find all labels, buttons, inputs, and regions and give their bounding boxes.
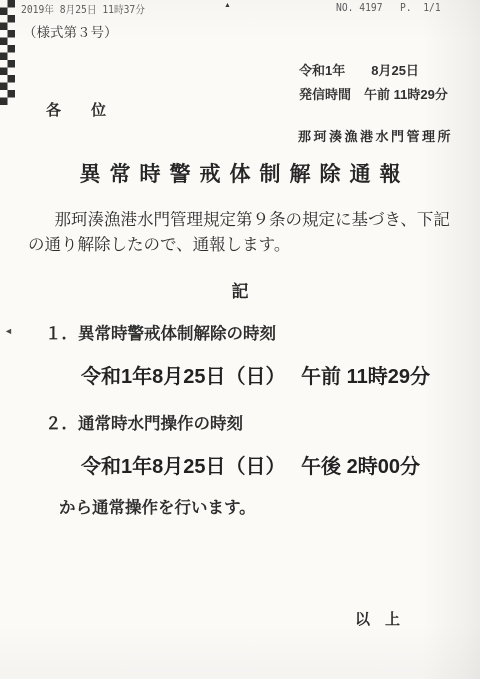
sign-off: 以 上 (355, 608, 400, 629)
scan-artifact-left-mark: ◄ (4, 326, 13, 336)
scan-artifact-triangle-mark: ▲ (224, 2, 231, 9)
item-1-label: １．異常時警戒体制解除の時刻 (45, 320, 276, 344)
body-paragraph: 那珂湊漁港水門管理規定第９条の規定に基づき、下記の通り解除したので、通報します。 (28, 208, 458, 258)
document-title: 異常時警戒体制解除通報 (0, 158, 480, 188)
fax-calibration-checker-strip (0, 0, 15, 105)
item-2-value: 令和1年8月25日（日） 午後 2時00分 (81, 450, 420, 479)
closing-note: から通常操作を行います。 (59, 494, 256, 518)
fax-header-page-number: NO. 4197 P. 1/1 (336, 2, 441, 14)
form-number-label: （様式第３号） (23, 21, 118, 41)
fax-document-page: 2019年 8月25日 11時37分 ▲ NO. 4197 P. 1/1 （様式… (0, 0, 480, 679)
record-heading: 記 (0, 277, 480, 302)
item-1-value: 令和1年8月25日（日） 午前 11時29分 (81, 360, 430, 389)
sender-organization-name: 那珂湊漁港水門管理所 (298, 126, 453, 145)
fax-header-datetime: 2019年 8月25日 11時37分 (21, 2, 145, 17)
recipients-label: 各 位 (46, 99, 106, 120)
item-2-label: ２．通常時水門操作の時刻 (45, 410, 243, 434)
issue-date-line: 令和1年 8月25日 (299, 60, 419, 79)
send-time-line: 発信時間 午前 11時29分 (299, 84, 448, 103)
